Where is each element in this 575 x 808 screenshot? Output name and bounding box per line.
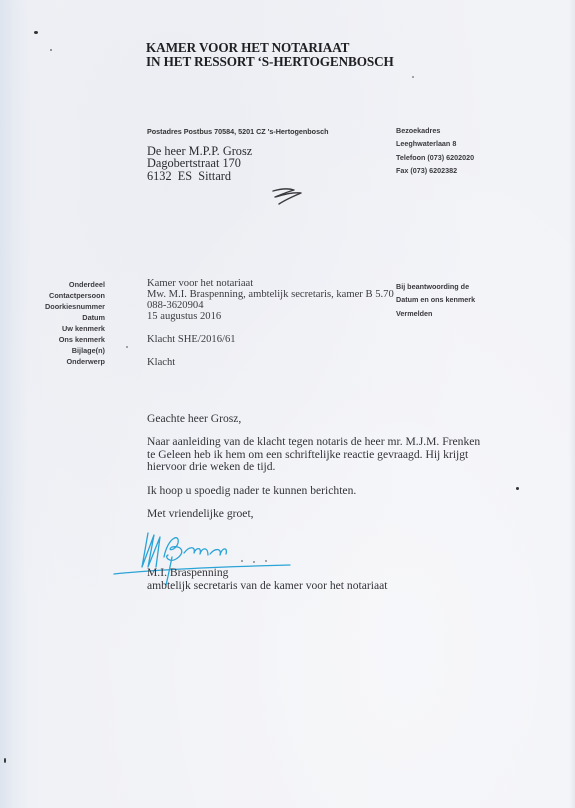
label-contactpersoon: Contactpersoon xyxy=(20,290,105,301)
reference-labels: Onderdeel Contactpersoon Doorkiesnummer … xyxy=(20,279,105,367)
closing: Met vriendelijke groet, xyxy=(147,508,527,520)
signatory: M.I. Braspenning ambtelijk secretaris va… xyxy=(147,567,387,592)
scan-speck xyxy=(4,758,6,763)
value-onderdeel: Kamer voor het notariaat xyxy=(147,278,394,289)
reply-note-line: Bij beantwoording de xyxy=(396,280,475,293)
letterhead: KAMER VOOR HET NOTARIAAT IN HET RESSORT … xyxy=(146,41,394,69)
signatory-title: ambtelijk secretaris van de kamer voor h… xyxy=(147,580,387,593)
value-onderwerp: Klacht xyxy=(147,357,394,368)
scan-speck xyxy=(126,346,128,348)
reply-note-line: Vermelden xyxy=(396,307,475,320)
value-ons-kenmerk: Klacht SHE/2016/61 xyxy=(147,334,394,345)
handwritten-mark-icon xyxy=(270,187,306,207)
signatory-name: M.I. Braspenning xyxy=(147,567,387,580)
visiting-address-street: Leeghwaterlaan 8 xyxy=(396,137,474,150)
paragraph-2: Ik hoop u spoedig nader te kunnen berich… xyxy=(147,485,527,497)
paragraph-1-line: hiervoor drie weken de tijd. xyxy=(147,461,527,473)
reply-instruction: Bij beantwoording de Datum en ons kenmer… xyxy=(396,280,475,320)
paper-edge xyxy=(569,0,575,808)
reply-note-line: Datum en ons kenmerk xyxy=(396,293,475,306)
label-onderdeel: Onderdeel xyxy=(20,279,105,290)
value-uw-kenmerk xyxy=(147,322,394,334)
salutation: Geachte heer Grosz, xyxy=(147,413,527,425)
paper-texture xyxy=(0,0,575,808)
label-ons-kenmerk: Ons kenmerk xyxy=(20,334,105,345)
letter-body: Geachte heer Grosz, Naar aanleiding van … xyxy=(147,413,527,520)
recipient-city: 6132 ES Sittard xyxy=(147,170,252,182)
label-uw-kenmerk: Uw kenmerk xyxy=(20,323,105,334)
recipient-street: Dagobertstraat 170 xyxy=(147,157,252,169)
value-datum: 15 augustus 2016 xyxy=(147,311,394,322)
reference-values: Kamer voor het notariaat Mw. M.I. Braspe… xyxy=(147,278,394,368)
paragraph-1-line: Naar aanleiding van de klacht tegen nota… xyxy=(147,436,527,448)
fax-number: Fax (073) 6202382 xyxy=(396,164,474,177)
phone-number: Telefoon (073) 6202020 xyxy=(396,151,474,164)
label-doorkiesnummer: Doorkiesnummer xyxy=(20,301,105,312)
value-bijlagen xyxy=(147,345,394,357)
visiting-address-label: Bezoekadres xyxy=(396,124,474,137)
label-datum: Datum xyxy=(20,312,105,323)
value-doorkiesnummer: 088-3620904 xyxy=(147,300,394,311)
scan-speck xyxy=(412,76,414,78)
visiting-address: Bezoekadres Leeghwaterlaan 8 Telefoon (0… xyxy=(396,124,474,177)
recipient-address: De heer M.P.P. Grosz Dagobertstraat 170 … xyxy=(147,145,252,182)
letterhead-line2: IN HET RESSORT ‘S-HERTOGENBOSCH xyxy=(146,55,394,69)
scan-speck xyxy=(50,49,52,51)
letterhead-line1: KAMER VOOR HET NOTARIAAT xyxy=(146,41,394,55)
scan-speck xyxy=(34,31,38,34)
label-onderwerp: Onderwerp xyxy=(20,356,105,367)
value-contactpersoon: Mw. M.I. Braspenning, ambtelijk secretar… xyxy=(147,289,394,300)
postal-address: Postadres Postbus 70584, 5201 CZ 's-Hert… xyxy=(147,127,328,136)
label-bijlagen: Bijlage(n) xyxy=(20,345,105,356)
